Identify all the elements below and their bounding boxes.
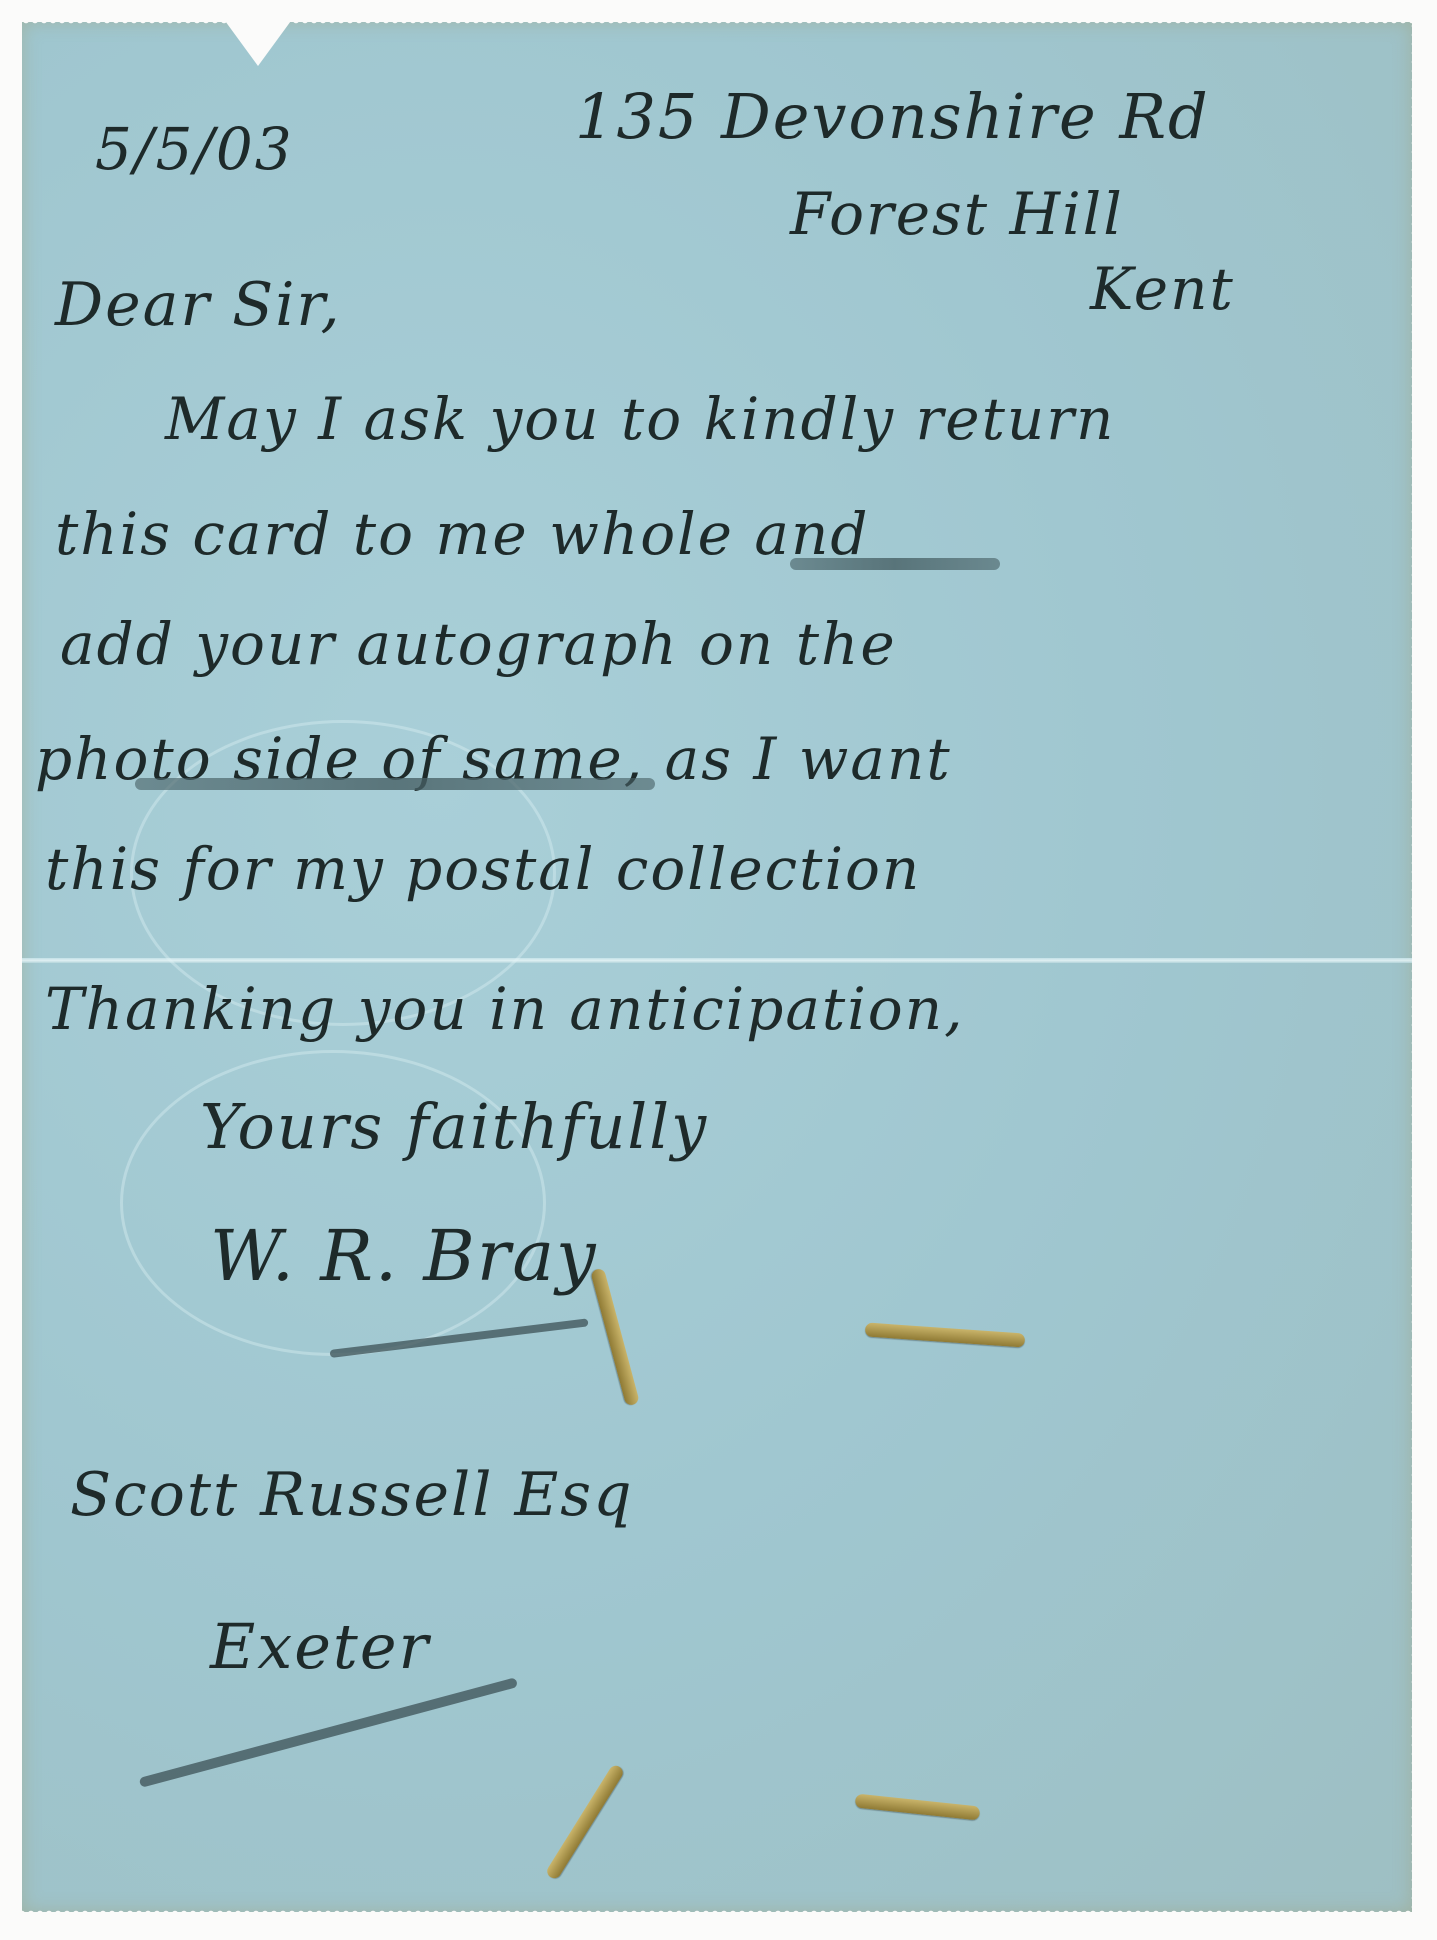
recipient-place: Exeter	[210, 1610, 430, 1683]
signature: W. R. Bray	[210, 1215, 598, 1297]
underline-photo-side	[135, 778, 655, 790]
body-line: May I ask you to kindly return	[165, 385, 1115, 453]
closing: Yours faithfully	[200, 1090, 708, 1163]
perforated-edge-bottom	[22, 1906, 1412, 1914]
body-line: this for my postal collection	[45, 835, 921, 903]
address-line-2: Forest Hill	[790, 180, 1124, 248]
body-line: this card to me whole and	[55, 500, 869, 568]
torn-notch	[220, 14, 296, 66]
body-line: add your autograph on the	[60, 610, 897, 678]
salutation: Dear Sir,	[55, 270, 342, 340]
address-line-1: 135 Devonshire Rd	[575, 80, 1210, 153]
perforated-edge-right	[1407, 22, 1415, 1912]
underline-whole	[790, 558, 1000, 570]
address-line-3: Kent	[1090, 255, 1235, 323]
body-line: Thanking you in anticipation,	[45, 975, 965, 1043]
letter-date: 5/5/03	[95, 115, 294, 183]
recipient-name: Scott Russell Esq	[70, 1460, 633, 1530]
